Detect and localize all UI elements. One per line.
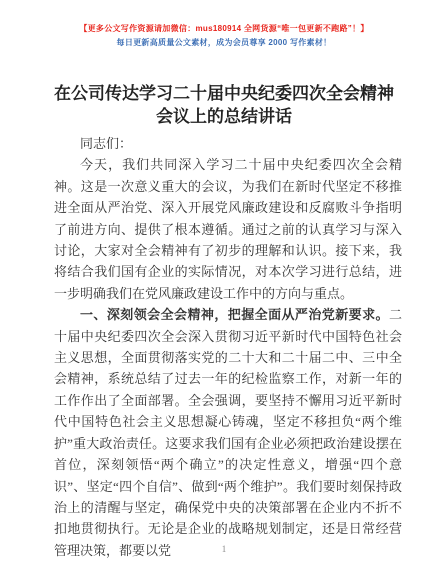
header-watermark: 【更多公文写作资源请加微信：mus180914 全网货源“唯一包更新不跑路”！】… (0, 22, 448, 50)
page-number: 1 (0, 544, 448, 554)
paragraph-2-lead: 一、深刻领会全会精神，把握全面从严治党新要求。 (80, 307, 389, 322)
title-line-2: 会议上的总结讲话 (28, 105, 420, 128)
paragraph-2: 一、深刻领会全会精神，把握全面从严治党新要求。二十届中央纪委四次全会深入贯彻习近… (54, 304, 402, 561)
paragraph-1: 今天，我们共同深入学习二十届中央纪委四次全会精神。这是一次意义重大的会议，为我们… (54, 154, 402, 304)
document-page: 【更多公文写作资源请加微信：mus180914 全网货源“唯一包更新不跑路”！】… (0, 0, 448, 580)
document-body: 同志们： 今天，我们共同深入学习二十届中央纪委四次全会精神。这是一次意义重大的会… (54, 133, 402, 561)
watermark-line-2: 每日更新高质量公文素材，成为会员尊享 2000 写作素材！ (0, 36, 448, 50)
title-line-1: 在公司传达学习二十届中央纪委四次全会精神 (28, 82, 420, 105)
document-title: 在公司传达学习二十届中央纪委四次全会精神 会议上的总结讲话 (28, 82, 420, 128)
paragraph-salutation: 同志们： (54, 133, 402, 154)
paragraph-2-rest: 二十届中央纪委四次全会深入贯彻习近平新时代中国特色社会主义思想，全面贯彻落实党的… (54, 307, 402, 557)
watermark-line-1: 【更多公文写作资源请加微信：mus180914 全网货源“唯一包更新不跑路”！】 (0, 22, 448, 36)
